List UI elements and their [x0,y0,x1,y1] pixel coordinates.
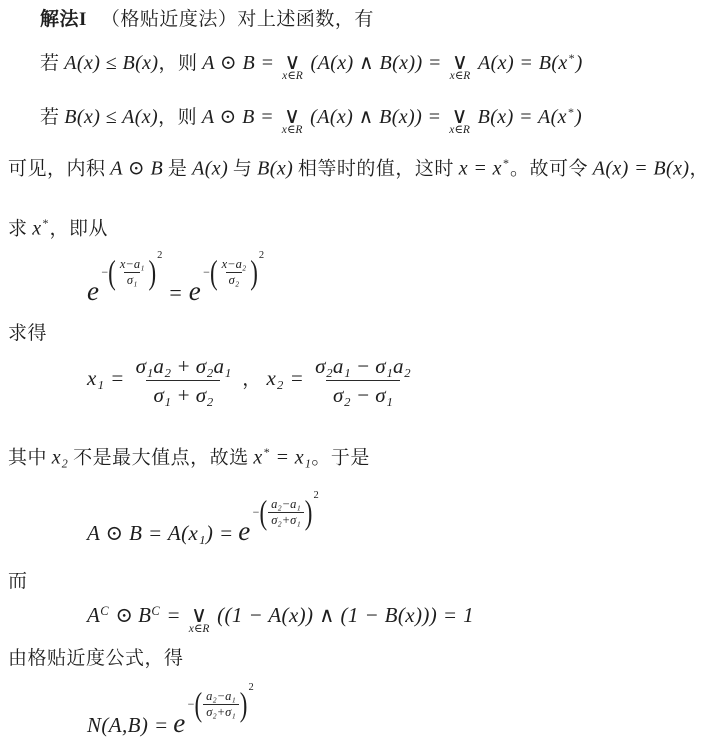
math-run: N(A,B) = [87,713,169,737]
superscript-2: 2 [313,490,318,501]
numerator: x−a₁ [117,257,148,272]
exp-term: e−(x−a₂σ₂)2 [189,257,264,304]
math-run: (A(x) ∧ B(x)) = [311,52,442,74]
big-paren-left: ( [194,688,202,721]
fraction: a₂−a₁σ₂+σ₁ [203,689,239,720]
para-conclusion-inner-product: 可见，内积 A ⊙ B 是 A(x) 与 B(x) 相等时的值，这时 x = x… [8,150,717,182]
superscript-star: * [503,156,509,170]
equation-closeness-result: N(A,B) = e−(a₂−a₁σ₂+σ₁)2 [87,689,717,738]
minus-sign: − [253,505,260,520]
sup-operator: ∨x∈R [189,606,210,635]
math-run: B [138,603,151,627]
exponent: −(x−a₂σ₂)2 [203,257,264,288]
math-run: x [253,446,262,468]
text-run: ， [689,158,709,179]
fraction: σ₁a₂ + σ₂a₁σ₁ + σ₂ [129,352,239,409]
text-run: ，即从 [50,219,109,240]
sup-operator: ∨x∈R [449,107,470,136]
fraction: x−a₂σ₂ [219,257,250,288]
math-run: (A(x) ∧ B(x)) = [310,106,441,128]
superscript-2: 2 [157,250,162,261]
odot-operator: ⊙ [115,603,133,627]
base-e: e [238,518,250,544]
equation-gaussian-equality: e−(x−a₁σ₁)2=e−(x−a₂σ₂)2 [87,257,717,306]
base-e: e [173,710,185,736]
para-choose-x1: 其中 x₂ 不是最大值点，故选 x* = x₁。于是 [8,439,717,471]
vee-subscript: x∈R [449,124,470,136]
big-paren-right: ) [305,496,313,529]
math-run: ) [576,52,583,74]
heading-text: （格贴近度法）对上述函数，有 [101,9,374,30]
math-run: A(x) [192,157,228,179]
text-run: 是 [168,158,188,179]
denominator: σ₂ − σ₁ [326,380,400,409]
base-e: e [189,278,201,304]
math-run: x = x [459,157,502,179]
vee-symbol: ∨ [284,107,300,124]
math-run: x₁ = [87,366,125,390]
sup-operator: ∨x∈R [282,107,303,136]
math-run: B(x) [257,157,293,179]
text-run: 可见，内积 [8,158,106,179]
big-paren-right: ) [148,255,156,288]
denominator: σ₂+σ₁ [203,704,238,720]
numerator: x−a₂ [219,257,250,272]
exp-term: e−(x−a₁σ₁)2 [87,257,162,304]
text-run: 若 [40,53,60,74]
big-paren-right: ) [240,688,248,721]
vee-symbol: ∨ [452,53,468,70]
math-run: A(x) ≤ B(x) [64,52,158,74]
superscript-star: * [43,216,49,230]
sup-operator: ∨x∈R [282,53,303,82]
vee-subscript: x∈R [450,70,471,82]
text-run: 求 [8,219,28,240]
math-run: A ⊙ B = [202,52,274,74]
text-run: ，则 [158,53,197,74]
superscript-star: * [568,105,574,119]
math-run: A ⊙ B = A(x₁) = [87,521,234,545]
big-paren-left: ( [210,255,218,288]
math-run: A ⊙ B = [202,106,274,128]
vee-symbol: ∨ [284,53,300,70]
superscript-star: * [264,445,270,459]
solution-label: 解法I [40,9,87,30]
math-run: A(x) = B(x) [593,157,690,179]
superscript-2: 2 [259,250,264,261]
exponent: −(x−a₁σ₁)2 [101,257,162,288]
fraction: x−a₁σ₁ [117,257,148,288]
big-paren-right: ) [250,255,258,288]
numerator: a₂−a₁ [268,497,304,512]
math-run: A(x) = B(x [478,52,568,74]
math-run: x₂ [52,446,69,468]
exp-term: e−(a₂−a₁σ₂+σ₁)2 [173,689,253,736]
superscript-star: * [569,51,575,65]
para-solution-heading: 解法I（格贴近度法）对上述函数，有 [40,8,717,32]
text-run: 不是最大值点，故选 [73,447,249,468]
numerator: a₂−a₁ [203,689,239,704]
text-run: 而 [8,571,28,592]
text-run: 其中 [8,447,47,468]
math-run: B(x) ≤ A(x) [64,106,158,128]
math-run: A ⊙ B [110,157,163,179]
superscript-C: C [100,604,108,618]
base-e: e [87,278,99,304]
vee-subscript: x∈R [282,70,303,82]
vee-symbol: ∨ [451,107,467,124]
minus-sign: − [188,697,195,712]
big-paren-left: ( [108,255,116,288]
equals-sign: = [169,280,181,305]
formula-case-B-le-A: 若 B(x) ≤ A(x)，则 A ⊙ B = ∨x∈R (A(x) ∧ B(x… [40,102,717,136]
para-solve-xstar: 求 x*，即从 [8,210,717,242]
vee-subscript: x∈R [189,623,210,635]
math-run: x [32,218,41,240]
big-paren-left: ( [259,496,267,529]
math-run: ((1 − A(x)) ∧ (1 − B(x))) = 1 [217,603,474,627]
denominator: σ₂ [226,272,243,288]
exponent: −(a₂−a₁σ₂+σ₁)2 [188,689,254,720]
superscript-C: C [151,604,159,618]
fraction: σ₂a₁ − σ₁a₂σ₂ − σ₁ [308,352,418,409]
math-run: B(x) = A(x [478,106,567,128]
equation-inner-product-value: A ⊙ B = A(x₁) = e−(a₂−a₁σ₂+σ₁)2 [87,497,717,546]
para-whereas: 而 [8,570,717,594]
comma: ， [242,369,262,390]
text-run: 。故可令 [510,158,588,179]
denominator: σ₁ [124,272,141,288]
minus-sign: − [101,265,108,280]
equation-x1-x2: x₁ =σ₁a₂ + σ₂a₁σ₁ + σ₂， x₂ =σ₂a₁ − σ₁a₂σ… [87,352,717,409]
minus-sign: − [203,265,210,280]
text-run: 由格贴近度公式，得 [8,648,184,669]
denominator: σ₁ + σ₂ [146,380,220,409]
math-run: = x₁ [275,446,311,468]
math-run: ) [575,106,582,128]
text-run: 。于是 [311,447,370,468]
formula-case-A-le-B: 若 A(x) ≤ B(x)，则 A ⊙ B = ∨x∈R (A(x) ∧ B(x… [40,48,717,82]
equals-sign: = [166,603,181,627]
numerator: σ₁a₂ + σ₂a₁ [129,352,239,380]
text-run: 与 [233,158,253,179]
vee-symbol: ∨ [191,606,207,623]
para-obtain: 求得 [8,322,717,346]
sup-operator: ∨x∈R [450,53,471,82]
text-run: 相等时的值，这时 [298,158,454,179]
text-run: 求得 [8,323,47,344]
math-run: A [87,603,100,627]
text-run: ，则 [158,107,197,128]
exponent: −(a₂−a₁σ₂+σ₁)2 [253,497,319,528]
math-run: x₂ = [267,366,305,390]
para-closeness-formula-intro: 由格贴近度公式，得 [8,647,717,671]
text-run: 若 [40,107,60,128]
equation-outer-product: AC ⊙ BC = ∨x∈R ((1 − A(x)) ∧ (1 − B(x)))… [87,603,717,635]
denominator: σ₂+σ₁ [268,512,303,528]
document-page: 解法I（格贴近度法）对上述函数，有 若 A(x) ≤ B(x)，则 A ⊙ B … [0,0,717,754]
superscript-2: 2 [248,682,253,693]
exp-term: e−(a₂−a₁σ₂+σ₁)2 [238,497,318,544]
vee-subscript: x∈R [282,124,303,136]
numerator: σ₂a₁ − σ₁a₂ [308,352,418,380]
fraction: a₂−a₁σ₂+σ₁ [268,497,304,528]
